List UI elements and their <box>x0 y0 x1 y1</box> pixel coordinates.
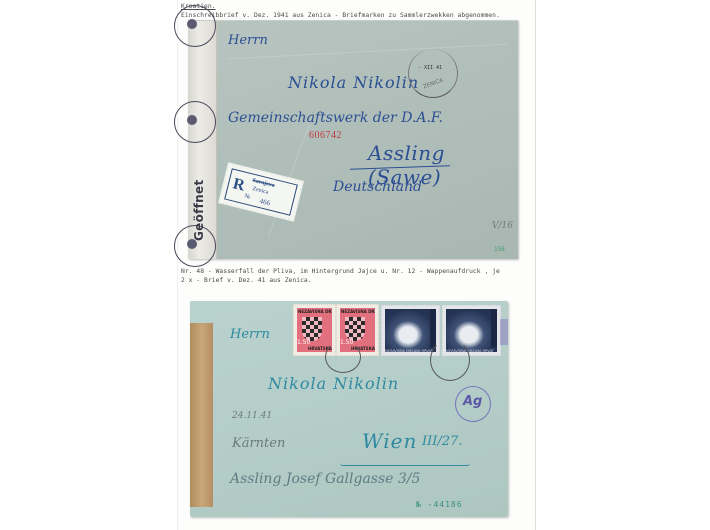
registration-number: 466 <box>259 197 271 207</box>
postmark-date: - XII 41 <box>418 65 442 71</box>
recipient-name: Nikola Nikolin <box>288 73 419 92</box>
brown-censor-tape <box>190 323 213 507</box>
caption-middle: Nr. 48 - Wasserfall der Pliva, im Hinter… <box>181 268 500 285</box>
destination-city: Wien <box>362 429 417 453</box>
stamp-value: 1.50 <box>297 339 310 346</box>
registration-letter: R <box>231 175 247 195</box>
checkerboard-arms-icon <box>302 317 322 341</box>
stamp-side-bar <box>430 309 436 347</box>
envelope-franked-cover: NEZAVISNA DRZAVA 1.50 HRVATSKA NEZAVISNA… <box>190 301 508 517</box>
crease <box>228 44 508 60</box>
violet-cancel-mark <box>500 319 508 345</box>
eagle-censor-stamp-icon <box>174 5 216 47</box>
stamp-overprint: NEZAVISNA DRZAVA <box>298 309 332 314</box>
caption-middle-line2: 2 x - Brief v. Dez. 41 aus Zenica. <box>181 277 312 284</box>
censor-tape-strip: Geöffnet <box>188 21 217 259</box>
stamp-waterfall: NEZAVISNA DRZAVA HRVATSKA <box>381 305 440 356</box>
recipient-name: Nikola Nikolin <box>268 374 399 393</box>
registration-label-frame: R Sarajevo Zenica № 466 <box>224 168 298 216</box>
registration-digits: -44186 <box>428 500 463 509</box>
censor-mark: Ag <box>463 394 482 409</box>
eagle-censor-stamp-icon <box>174 101 216 143</box>
stamp-overprint: NEZAVISNA DRZAVA <box>341 309 375 314</box>
checkerboard-arms-icon <box>345 317 365 341</box>
salutation: Herrn <box>230 327 270 342</box>
pencil-note: V/16 <box>492 221 513 231</box>
green-mark: 158 <box>494 246 505 253</box>
underline <box>340 463 470 466</box>
destination-country: Deutschland <box>333 179 422 195</box>
registration-number-prefix: № <box>244 193 251 200</box>
street-address: Assling Josef Gallgasse 3/5 <box>230 471 420 487</box>
pencil-region: Kärnten <box>232 436 285 451</box>
stamp-side-bar <box>491 309 497 347</box>
pencil-date: 24.11.41 <box>232 411 272 421</box>
registration-prefix: № <box>416 500 422 509</box>
postmark-circle <box>325 341 361 373</box>
caption-middle-line1: Nr. 48 - Wasserfall der Pliva, im Hinter… <box>181 268 500 275</box>
postmark-circle <box>430 339 470 381</box>
envelope-registered-cover: Geöffnet Herrn Nikola Nikolin Gemeinscha… <box>188 20 518 259</box>
postmark-circle <box>408 49 458 98</box>
address-line: Gemeinschaftswerk der D.A.F. <box>228 110 443 126</box>
censor-label: Geöffnet <box>192 171 212 241</box>
caption-top-description: Einschreibbrief v. Dez. 1941 aus Zenica … <box>181 12 500 19</box>
caption-top: Kroatien. Einschreibbrief v. Dez. 1941 a… <box>181 3 500 20</box>
destination-district: III/27. <box>422 434 462 449</box>
registration-number: № -44186 <box>416 500 463 509</box>
salutation: Herrn <box>228 33 268 48</box>
waterfall-image-icon <box>385 309 436 352</box>
stamp-country: NEZAVISNA DRZAVA HRVATSKA <box>385 349 433 353</box>
red-control-number: 606742 <box>309 130 342 141</box>
